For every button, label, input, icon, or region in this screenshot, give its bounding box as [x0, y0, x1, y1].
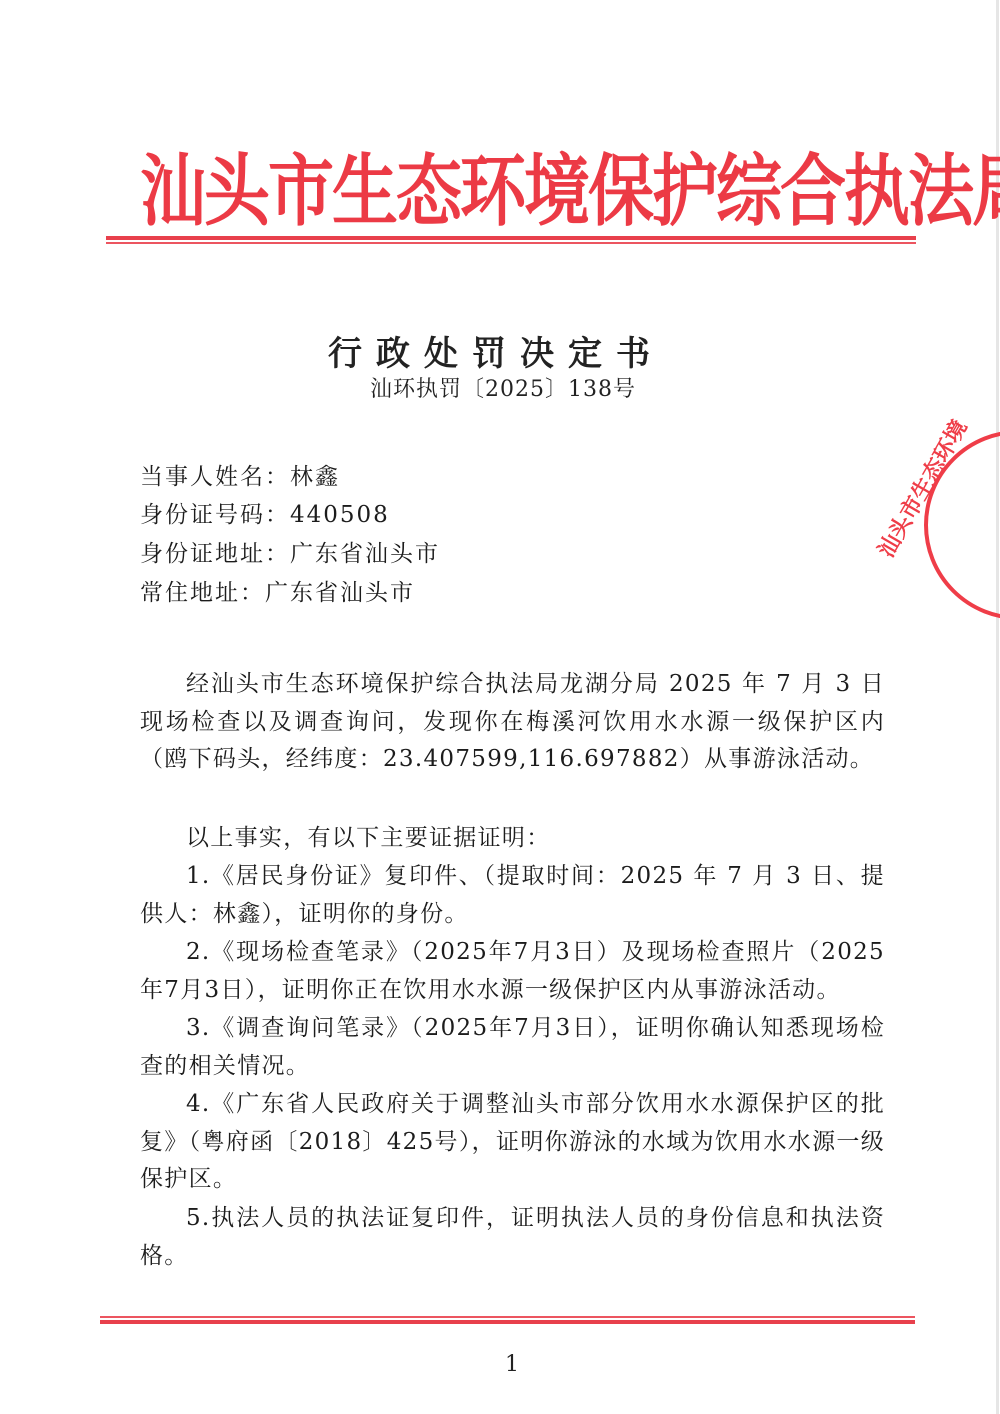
party-id-address-label: 身份证地址： [140, 541, 290, 567]
finding-paragraph: 经汕头市生态环境保护综合执法局龙湖分局 2025 年 7 月 3 日现场检查以及… [140, 666, 885, 779]
evidence-item-4: 4.《广东省人民政府关于调整汕头市部分饮用水水源保护区的批复》（粤府函〔2018… [140, 1086, 885, 1199]
party-name-label: 当事人姓名： [140, 464, 290, 490]
evidence-item-3: 3.《调查询问笔录》（2025年7月3日），证明你确认知悉现场检查的相关情况。 [140, 1010, 885, 1085]
page-number: 1 [505, 1352, 519, 1377]
party-residence-value: 广东省汕头市 [265, 580, 415, 606]
footer-red-rule [100, 1316, 915, 1324]
evidence-intro: 以上事实，有以下主要证据证明： [140, 820, 885, 858]
evidence-item-2: 2.《现场检查笔录》（2025年7月3日）及现场检查照片（2025年7月3日），… [140, 934, 885, 1009]
party-name-value: 林鑫 [290, 464, 340, 490]
document-title: 行政处罚决定书 [328, 326, 664, 375]
evidence-item-1: 1.《居民身份证》复印件、（提取时间：2025 年 7 月 3 日、提供人：林鑫… [140, 858, 885, 933]
party-name-field: 当事人姓名：林鑫 [140, 458, 340, 491]
party-id-label: 身份证号码： [140, 502, 290, 528]
party-residence-field: 常住地址：广东省汕头市 [140, 574, 415, 607]
evidence-item-5: 5.执法人员的执法证复印件，证明执法人员的身份信息和执法资格。 [140, 1200, 885, 1275]
party-id-value: 440508 [290, 502, 390, 528]
document-number: 汕环执罚〔2025〕138号 [370, 372, 636, 403]
party-id-address-value: 广东省汕头市 [290, 541, 440, 567]
header-red-rule [106, 236, 916, 244]
party-id-address-field: 身份证地址：广东省汕头市 [140, 535, 440, 568]
party-residence-label: 常住地址： [140, 580, 265, 606]
party-id-field: 身份证号码：440508 [140, 496, 390, 529]
issuing-authority-header: 汕头市生态环境保护综合执法局 [140, 138, 900, 244]
